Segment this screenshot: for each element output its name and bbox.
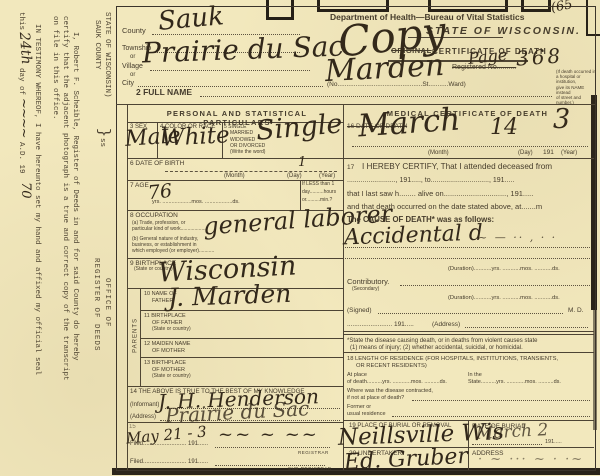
village-label: Village [122, 63, 143, 71]
full-name-label: 2 FULL NAME [136, 88, 192, 98]
marital-value-handwritten: Single [255, 110, 343, 144]
disease-contracted-line [412, 400, 590, 401]
death-month-handwritten: March [357, 104, 461, 142]
former-residence-label: usual residence [347, 411, 386, 417]
registrar-label: REGISTRAR [298, 450, 329, 455]
father-name-value-handwritten: J. Marden [168, 281, 292, 310]
registrar-signature-handwritten: ~~ ~ ~~ [218, 426, 319, 444]
stamp-body-line1: I, Robert F. Scheible, Register of Deeds… [71, 32, 79, 361]
hospital-note-line: a hospital or institution, [556, 74, 598, 84]
certify-line: ........................., 191....., to.… [347, 177, 514, 185]
death-day-label: (Day) [518, 150, 533, 157]
contributory-sub-label: (Secondary) [352, 287, 379, 293]
parents-vertical-label: PARENTS [133, 307, 140, 363]
duration-label: (Duration)...........yrs. ...........mos… [448, 266, 560, 273]
stamp-county: SAUK COUNTY [93, 20, 101, 70]
corner-mark-handwritten: (65 [550, 0, 574, 15]
signed-address-line [465, 327, 588, 328]
stamp-testimony: IN TESTIMONY WHEREOF, I have hereunto se… [33, 24, 41, 375]
hospital-note-line: give its NAME instead [556, 85, 598, 95]
rule [343, 352, 594, 353]
father-birthplace-label: 11 BIRTHPLACE [144, 313, 186, 319]
cause-of-death-scribble: ~ — ·· , · · [478, 232, 557, 243]
occupation-b-label: which employed (or employer)........... [132, 249, 214, 255]
death-certificate-scan: STATE OF WISCONSIN) SAUK COUNTY } ss OFF… [0, 0, 600, 476]
burial-191-label: 191..... [545, 439, 562, 445]
county-label: County [122, 27, 146, 36]
mother-birthplace-label: (State or country) [152, 374, 191, 380]
burial-date-handwritten: March 2 [476, 422, 549, 443]
dob-year-label: (Year) [319, 173, 335, 180]
page-number-handwritten: 368 [515, 45, 563, 68]
rule [127, 158, 343, 159]
residence-length-label: 18 LENGTH OF RESIDENCE (FOR HOSPITALS, I… [347, 356, 558, 363]
stamp-ss: ss [98, 138, 106, 147]
stamp-body-line2: certify that the adjacent photograph is … [61, 16, 69, 381]
filed-subregistrar-label: Filed.......................... 191.....… [130, 459, 208, 466]
stamp-day-handwritten: 24th [16, 31, 34, 65]
stamp-state: STATE OF WISCONSIN) [103, 12, 111, 98]
hospital-note: (If death occurred in a hospital or inst… [556, 69, 598, 105]
certify-line: that I last saw h........ alive on......… [347, 190, 533, 199]
disease-contracted-label: Where was the disease contracted, [347, 388, 433, 394]
stamp-office-line1: OFFICE OF [103, 278, 111, 328]
rule [343, 334, 594, 335]
age-units-label: yrs. ...................mos. ...........… [152, 199, 240, 205]
residence-instate-label: State..........yrs. ............mos. ...… [468, 379, 561, 385]
rule [140, 338, 343, 339]
death-day-handwritten: 14 [490, 117, 518, 139]
md-label: M. D. [568, 307, 584, 314]
stamp-body-line3: on file in this office. [51, 16, 59, 120]
dob-handwritten-mark: 1 [298, 156, 306, 169]
or-label: or [130, 54, 135, 61]
register-of-deeds-stamp: STATE OF WISCONSIN) SAUK COUNTY } ss OFF… [1, 10, 113, 476]
stamp-this: this [17, 12, 25, 30]
dob-month-label: (Month) [224, 173, 245, 180]
residence-atplace-label: of death..........yrs. ............mos. … [347, 379, 447, 385]
signed-address-label: (Address) [432, 321, 460, 328]
cause-line [345, 258, 590, 259]
full-name-line [200, 96, 552, 97]
full-name-value-handwritten: Marden [324, 51, 445, 87]
death-month-label: (Month) [428, 150, 449, 157]
signed-label: (Signed) [347, 307, 372, 314]
death-year-label: (Year) [561, 150, 577, 157]
stamp-brace: } [95, 128, 112, 137]
death-year-handwritten: 3 [553, 106, 570, 133]
page-word-handwritten: Page [467, 47, 508, 67]
signed-date-label: ......................... 191..... [347, 321, 414, 328]
age-less-label: If LESS than 1 [302, 182, 334, 188]
rule [343, 331, 594, 332]
state-title: STATE OF WISCONSIN. [426, 25, 581, 37]
mother-maiden-label: 12 MAIDEN NAME [144, 341, 190, 347]
registrar-signature-line [215, 447, 330, 448]
cause-of-death-handwritten: Accidental d [344, 223, 484, 250]
residence-length-label: OR RECENT RESIDENTS) [356, 363, 427, 370]
county-value-handwritten: Sauk [157, 3, 225, 35]
stamp-day-of: day of [17, 68, 25, 95]
dob-day-label: (Day) [287, 173, 302, 180]
subregistrar-label: SUB-REGISTRAR [288, 466, 332, 471]
village-line [150, 70, 310, 71]
certify-line: I HEREBY CERTIFY, That I attended deceas… [362, 162, 552, 171]
cause-line [345, 247, 590, 248]
former-residence-label: Former or [347, 404, 371, 410]
contributory-line [400, 285, 590, 286]
columns-top-rule [116, 104, 595, 105]
occupation-a-label: particular kind of work.................… [132, 227, 207, 233]
stamp-ad19: A.D. 19 [17, 142, 25, 174]
dob-line [165, 171, 337, 172]
residence-instate-label: In the [468, 372, 482, 378]
certify-line: and that death occurred on the date stat… [347, 203, 542, 212]
parents-strip-divider [140, 288, 141, 386]
date-of-death-line [352, 146, 588, 147]
death-191-label: 191 [543, 149, 554, 156]
village-value-handwritten: Prairie du Sac [142, 32, 345, 67]
mother-maiden-label: OF MOTHER [152, 348, 185, 354]
informant-label: (Informant) [130, 402, 159, 409]
stamp-year-handwritten: 70 [18, 182, 33, 199]
informant-address-label: (Address) [130, 414, 156, 421]
dob-label: 6 DATE OF BIRTH [130, 160, 184, 167]
residence-atplace-label: At place [347, 372, 367, 378]
duration-label: (Duration)...........yrs. ...........mos… [448, 295, 560, 302]
former-residence-line [392, 416, 590, 417]
stamp-office-line2: REGISTER OF DEEDS [92, 258, 100, 352]
occupation-label: 8 OCCUPATION [130, 212, 178, 219]
certify-number: 17 [347, 164, 354, 171]
undertaker-address-handwritten: · ~ ··· ~ · ·~ [478, 453, 584, 466]
rule [343, 158, 594, 159]
age-less-label: day..........hours [302, 190, 336, 196]
city-label: City [122, 80, 134, 88]
footnote-line: (1) means of injury; (2) whether acciden… [350, 345, 523, 352]
disease-contracted-label: if not at place of death? [347, 395, 404, 401]
race-value-handwritten: White [160, 124, 230, 151]
or-label: or [130, 72, 135, 79]
footnote-line: *State the disease causing death, or in … [347, 338, 537, 345]
mother-birthplace-label: 13 BIRTHPLACE [144, 360, 186, 366]
marital-label-line: (Write the word) [224, 149, 265, 155]
signed-line [378, 313, 563, 314]
father-birthplace-label: (State or country) [152, 327, 191, 333]
burial-date-line [472, 444, 542, 445]
stamp-month-scribble: ~~~~ [16, 98, 31, 138]
rule [140, 357, 343, 358]
